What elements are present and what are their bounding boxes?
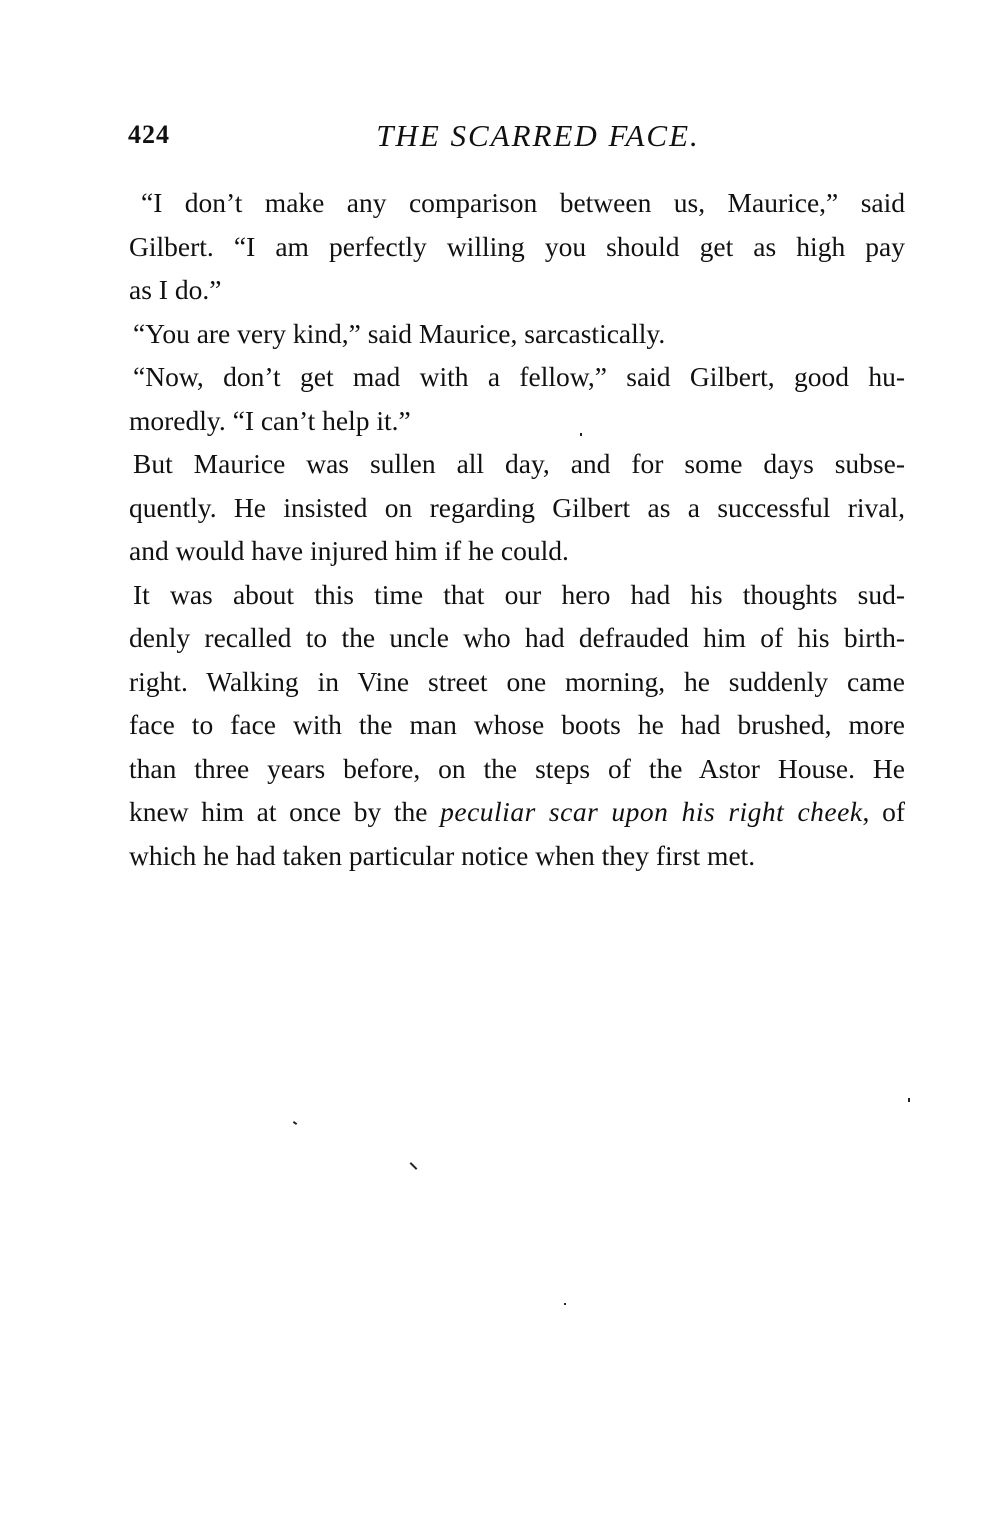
page-header: 424 THE SCARRED FACE.	[128, 118, 908, 158]
text-line: than three years before, on the steps of…	[129, 747, 905, 791]
text-line-with-emphasis: knew him at once by the peculiar scar up…	[129, 790, 905, 834]
running-head: THE SCARRED FACE.	[128, 118, 908, 154]
text-line: quently. He insisted on regarding Gilber…	[129, 486, 905, 530]
paragraph: But Maurice was sullen all day, and for …	[129, 442, 905, 573]
text-line: But Maurice was sullen all day, and for …	[129, 442, 905, 486]
text-line: “Now, don’t get mad with a fellow,” said…	[129, 355, 905, 399]
paragraph: “Now, don’t get mad with a fellow,” said…	[129, 355, 905, 442]
text-line: as I do.”	[129, 268, 905, 312]
text-run: , of	[863, 796, 905, 827]
scan-speck	[293, 1121, 297, 1125]
text-line: denly recalled to the uncle who had defr…	[129, 616, 905, 660]
text-line: face to face with the man whose boots he…	[129, 703, 905, 747]
scan-speck	[564, 1303, 566, 1305]
text-line: Gilbert. “I am perfectly willing you sho…	[129, 225, 905, 269]
paragraph: “You are very kind,” said Maurice, sarca…	[129, 312, 905, 356]
emphasized-text: peculiar scar upon his right cheek	[440, 796, 862, 827]
text-run: knew him at once by the	[129, 796, 440, 827]
text-line: It was about this time that our hero had…	[129, 573, 905, 617]
text-line: “You are very kind,” said Maurice, sarca…	[129, 312, 905, 356]
paragraph: It was about this time that our hero had…	[129, 573, 905, 878]
scan-speck	[580, 433, 582, 436]
text-line: right. Walking in Vine street one mornin…	[129, 660, 905, 704]
scan-speck	[410, 1162, 418, 1170]
book-page: 424 THE SCARRED FACE. “I don’t make any …	[0, 0, 990, 1518]
body-text: “I don’t make any comparison between us,…	[129, 181, 905, 877]
scan-speck	[908, 1098, 910, 1102]
paragraph: “I don’t make any comparison between us,…	[129, 181, 905, 312]
text-line: moredly. “I can’t help it.”	[129, 399, 905, 443]
text-line: “I don’t make any comparison between us,…	[129, 181, 905, 225]
text-line: which he had taken particular notice whe…	[129, 834, 905, 878]
text-line: and would have injured him if he could.	[129, 529, 905, 573]
